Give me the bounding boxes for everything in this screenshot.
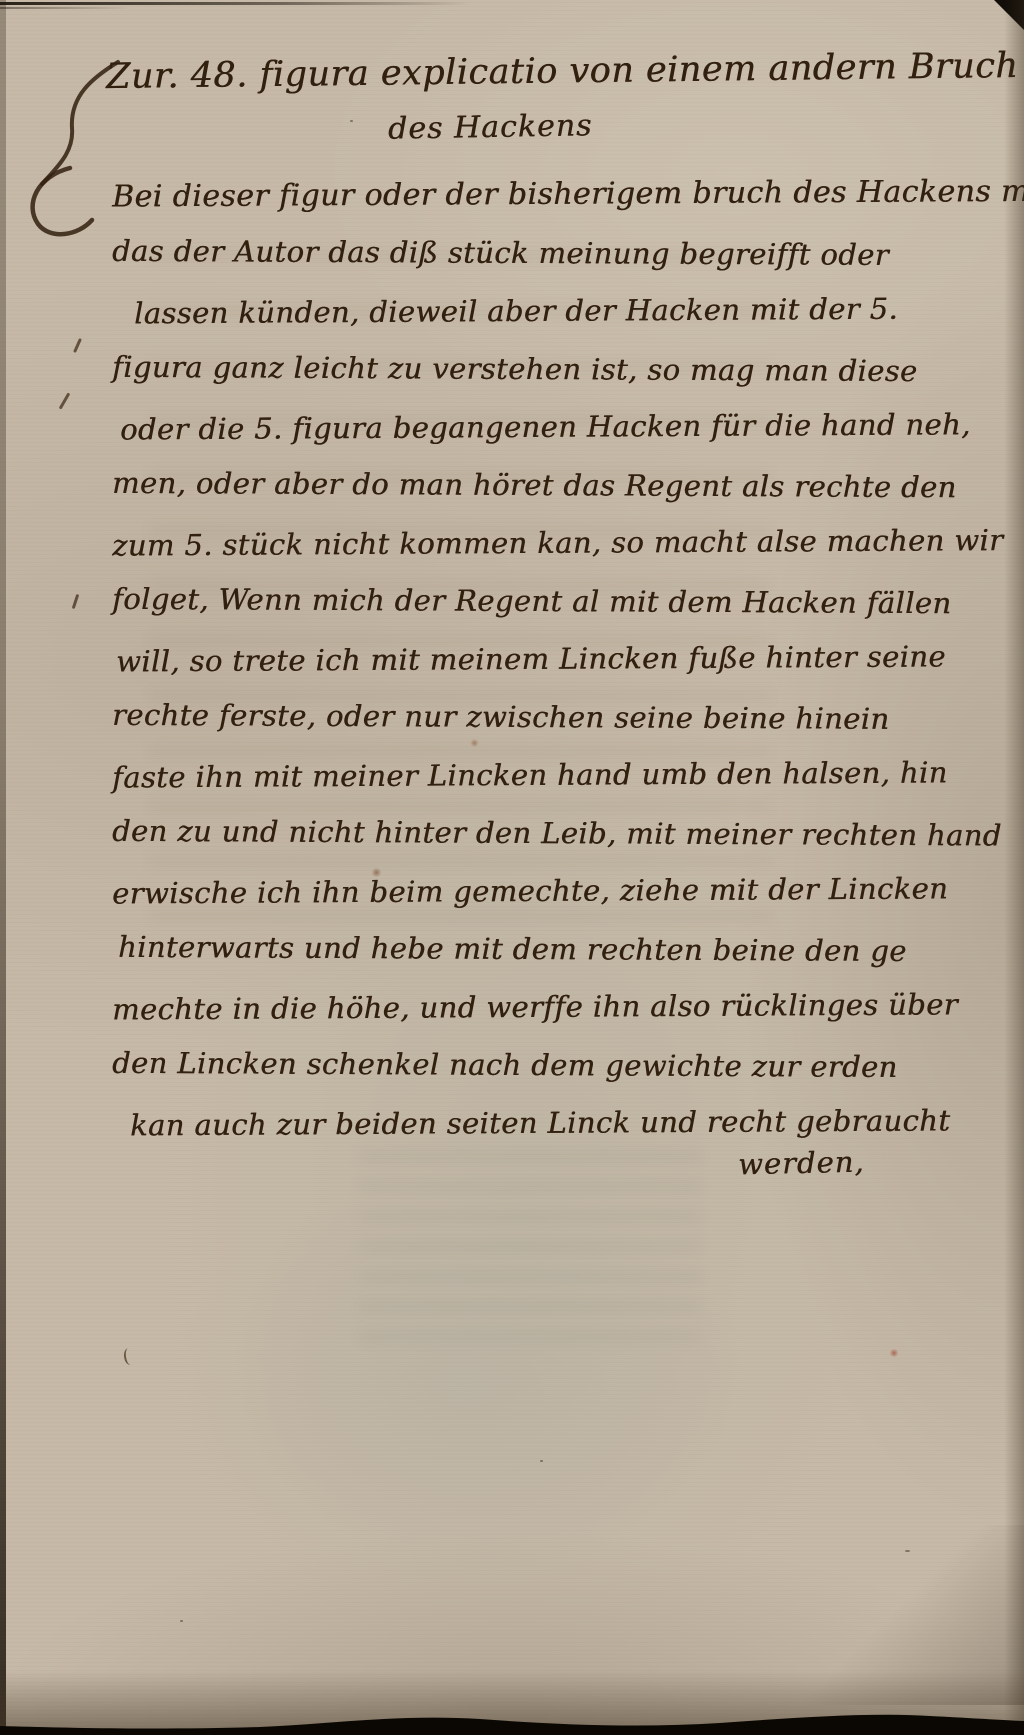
page-left-edge: [0, 0, 6, 1735]
paper-speck: [540, 1460, 543, 1462]
heading-line-1: Zur. 48. figura explicatio von einem and…: [106, 47, 936, 97]
page-top-edge: [0, 2, 470, 5]
margin-mark: [73, 338, 82, 353]
paper-stain: [470, 739, 479, 747]
manuscript-line: will, so trete ich mit meinem Lincken fu…: [112, 627, 942, 690]
manuscript-line: figura ganz leicht zu verstehen ist, so …: [112, 338, 942, 400]
paper-stain: [371, 868, 382, 877]
manuscript-line: den Lincken schenkel nach dem gewichte z…: [112, 1034, 942, 1096]
manuscript-line: oder die 5. figura begangenen Hacken für…: [112, 395, 942, 458]
closing-word: werden,: [738, 1145, 865, 1182]
heading-line-2: des Hackens: [388, 108, 593, 147]
manuscript-line: faste ihn mit meiner Lincken hand umb de…: [112, 743, 942, 806]
paper-stain: [889, 1349, 899, 1357]
margin-mark: [123, 1347, 136, 1365]
paper-speck: [350, 120, 353, 122]
manuscript-line: mechte in die höhe, und werffe ihn also …: [112, 975, 942, 1038]
manuscript-page: Zur. 48. figura explicatio von einem and…: [0, 0, 1024, 1735]
manuscript-line: folget, Wenn mich der Regent al mit dem …: [112, 570, 942, 632]
manuscript-line: hinterwarts und hebe mit dem rechten bei…: [112, 918, 942, 980]
manuscript-line: Bei dieser figur oder der bisherigem bru…: [112, 163, 942, 226]
paper-speck: [180, 1620, 183, 1622]
manuscript-line: das der Autor das diß stück meinung begr…: [112, 222, 942, 284]
manuscript-line: erwische ich ihn beim gemechte, ziehe mi…: [112, 859, 942, 922]
manuscript-line: rechte ferste, oder nur zwischen seine b…: [112, 686, 942, 748]
manuscript-line: men, oder aber do man höret das Regent a…: [112, 454, 942, 516]
manuscript-line: zum 5. stück nicht kommen kan, so macht …: [112, 511, 942, 574]
verso-bleed-through: [360, 1140, 700, 1340]
manuscript-line: den zu und nicht hinter den Leib, mit me…: [112, 802, 942, 864]
margin-mark: [72, 594, 79, 609]
margin-mark: [59, 392, 71, 409]
page-top-edge: [0, 7, 130, 9]
manuscript-body: Bei dieser figur oder der bisherigem bru…: [112, 166, 942, 1152]
page-right-edge: [1004, 0, 1024, 1735]
manuscript-line: lassen künden, dieweil aber der Hacken m…: [112, 279, 942, 342]
page-bottom-edge: [0, 1699, 1024, 1735]
